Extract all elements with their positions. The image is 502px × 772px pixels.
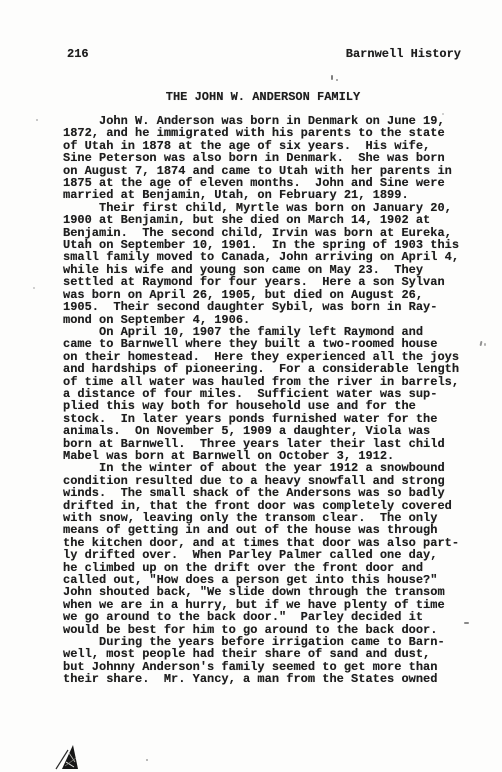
ink-blot-artifact	[54, 744, 82, 770]
scan-speck	[442, 113, 444, 115]
page-number: 216	[67, 48, 89, 61]
scan-speck	[36, 119, 38, 121]
scan-speck	[331, 75, 333, 80]
body-text: John W. Anderson was born in Denmark on …	[63, 115, 467, 686]
paragraph-3: On April 10, 1907 the family left Raymon…	[63, 326, 467, 462]
scanned-book-page: 216 Barnwell History THE JOHN W. ANDERSO…	[0, 0, 502, 772]
scan-speck	[480, 341, 483, 346]
running-head: 216 Barnwell History	[67, 48, 461, 61]
scan-speck	[146, 759, 148, 761]
scan-speck	[33, 287, 35, 289]
paragraph-5: During the years before irrigation came …	[63, 636, 467, 686]
scan-speck	[484, 343, 486, 346]
paragraph-1: John W. Anderson was born in Denmark on …	[63, 115, 467, 202]
chapter-title: THE JOHN W. ANDERSON FAMILY	[63, 91, 463, 104]
scan-speck	[336, 79, 338, 81]
paragraph-4: In the winter of about the year 1912 a s…	[63, 462, 467, 636]
paragraph-2: Their first child, Myrtle was born on Ja…	[63, 202, 467, 326]
running-title: Barnwell History	[346, 48, 461, 61]
scan-speck	[464, 622, 469, 624]
